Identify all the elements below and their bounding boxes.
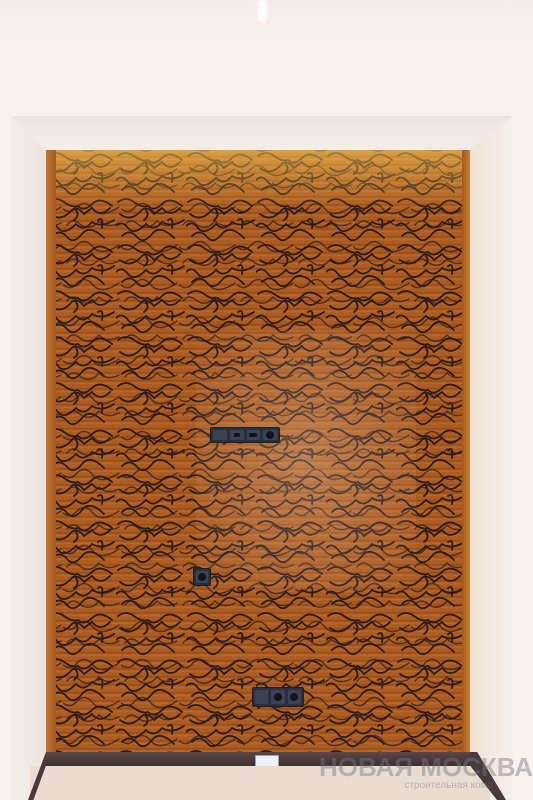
niche-right-side <box>470 116 513 800</box>
middle-single-socket[interactable] <box>193 568 211 586</box>
panel-right-edge <box>462 150 470 754</box>
power-outlet-icon[interactable] <box>271 690 284 704</box>
niche-left-side <box>10 116 46 800</box>
carved-wood-panel <box>46 150 470 754</box>
ceiling-light <box>258 0 267 22</box>
floor <box>30 766 490 800</box>
blank-module <box>255 690 268 704</box>
ceiling <box>0 0 533 36</box>
hdmi-port-icon[interactable] <box>247 430 261 440</box>
power-outlet-icon[interactable] <box>263 430 277 440</box>
niche-top-soffit <box>10 116 513 150</box>
data-port-icon[interactable] <box>230 430 244 440</box>
blank-module <box>213 430 227 440</box>
power-outlet-icon[interactable] <box>196 571 208 583</box>
lower-socket-block[interactable] <box>252 687 304 707</box>
led-strip-glow <box>46 150 470 210</box>
upper-socket-block[interactable] <box>210 427 280 443</box>
light-reflection <box>196 330 416 590</box>
panel-left-edge <box>46 150 56 754</box>
power-outlet-icon[interactable] <box>288 690 301 704</box>
